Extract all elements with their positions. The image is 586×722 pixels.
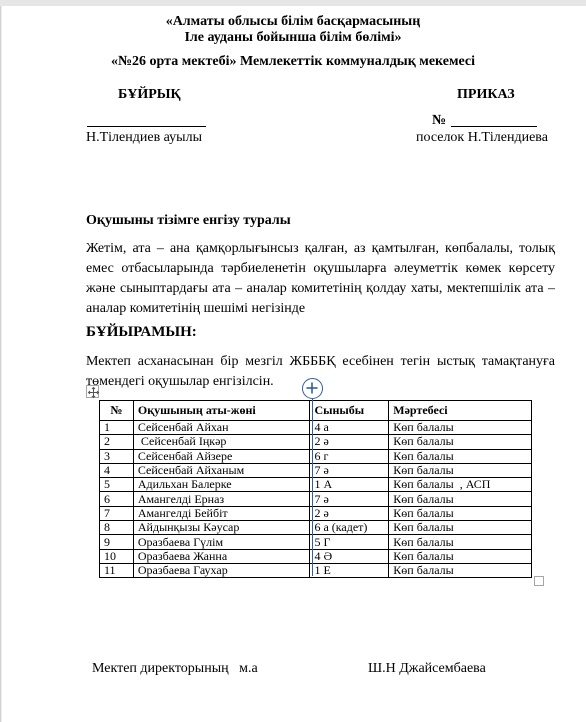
table-row: 7Амангелді Бейбіт2 әКөп балалы [100,506,532,520]
cell-status: Көп балалы [389,549,532,563]
table-row: 8Айдынқызы Кәусар6 а (кадет)Көп балалы [100,521,532,535]
cell-number: 9 [100,535,134,549]
cell-number: 11 [100,563,134,577]
place-ru: поселок Н.Тілендиева [416,130,548,146]
cell-status: Көп балалы [389,492,532,506]
cell-class: 6 а (кадет) [310,521,389,535]
cell-student-name: Сейсенбай Айханым [133,463,310,477]
cell-class: 4 Ә [310,549,389,563]
order-title-ru: ПРИКАЗ [457,87,515,103]
decree-heading: БҰЙЫРАМЫН: [86,324,197,341]
cell-number: 5 [100,478,134,492]
cell-class: 7 ә [310,492,389,506]
decree-line: Мектеп асханасынан бір мезгіл ЖБББҚ есеб… [86,352,555,372]
table-row: 1Сейсенбай Айхан4 аКөп балалы [100,421,532,435]
preamble-line: Жетім, ата – ана қамқорлығынсыз қалған, … [86,239,555,259]
cell-student-name: Сейсенбай Айзере [133,449,310,463]
cell-class: 1 Е [310,563,389,577]
cell-number: 6 [100,492,134,506]
cell-number: 10 [100,549,134,563]
table-row: 3Сейсенбай Айзере6 гКөп балалы [100,449,532,463]
table-row: 10Оразбаева Жанна4 ӘКөп балалы [100,549,532,563]
table-row: 6Амангелді Ерназ7 әКөп балалы [100,492,532,506]
cell-status: Көп балалы [389,449,532,463]
col-header-name: Оқушының аты-жөні [133,401,310,421]
cell-student-name: Оразбаева Гаухар [133,563,310,577]
cell-student-name: Айдынқызы Кәусар [133,521,310,535]
table-row: 11Оразбаева Гаухар1 ЕКөп балалы [100,563,532,577]
cell-class: 2 ә [310,435,389,449]
table-row: 4Сейсенбай Айханым7 әКөп балалы [100,463,532,477]
table-row: 5Адильхан Балерке1 АКөп балалы , АСП [100,478,532,492]
cell-status: Көп балалы [389,521,532,535]
col-header-number: № [100,401,134,421]
cell-class: 1 А [310,478,389,492]
column-insert-guide [312,399,313,576]
preamble-line: емес отбасыларында тәрбиеленетін оқушыла… [86,259,555,279]
date-blank-line [87,126,206,127]
cell-status: Көп балалы [389,506,532,520]
cell-status: Көп балалы , АСП [389,478,532,492]
cell-student-name: Амангелді Ерназ [133,492,310,506]
plus-circle-icon [303,379,321,397]
cell-student-name: Оразбаева Гүлім [133,535,310,549]
table-row: 9Оразбаева Гүлім5 ГКөп балалы [100,535,532,549]
order-number-blank [451,126,537,127]
header-line-3: «№26 орта мектебі» Мемлекеттік коммуналд… [0,54,586,70]
subject-heading: Оқушыны тізімге енгізу туралы [86,213,291,229]
header-line-2: Іле ауданы бойынша білім бөлімі» [0,30,586,46]
table-row: 2 Сейсенбай Іңкәр2 әКөп балалы [100,435,532,449]
order-number-label: № [432,113,446,129]
cell-status: Көп балалы [389,421,532,435]
cell-class: 2 ә [310,506,389,520]
cell-number: 3 [100,449,134,463]
page-left-edge [0,6,2,722]
signature-name: Ш.Н Джайсембаева [368,661,486,677]
preamble-paragraph: Жетім, ата – ана қамқорлығынсыз қалған, … [86,239,555,319]
cell-status: Көп балалы [389,535,532,549]
cell-number: 1 [100,421,134,435]
order-title-kz: БҰЙРЫҚ [118,87,181,103]
cell-status: Көп балалы [389,463,532,477]
preamble-line: аналар комитетінің шешімі негізінде [86,299,555,319]
signature-position: Мектеп директорының м.а [92,661,258,677]
cell-class: 7 ә [310,463,389,477]
table-header-row: № Оқушының аты-жөні Сыныбы Мәртебесі [100,401,532,421]
col-header-class: Сыныбы [310,401,389,421]
cell-student-name: Амангелді Бейбіт [133,506,310,520]
cell-number: 4 [100,463,134,477]
header-line-1: «Алматы облысы білім басқармасының [0,14,586,30]
cell-student-name: Адильхан Балерке [133,478,310,492]
cell-student-name: Сейсенбай Іңкәр [133,435,310,449]
col-header-status: Мәртебесі [389,401,532,421]
table-resize-handle[interactable] [534,576,544,586]
cell-student-name: Сейсенбай Айхан [133,421,310,435]
cell-number: 7 [100,506,134,520]
insert-column-button[interactable] [302,378,323,399]
cell-number: 8 [100,521,134,535]
cell-student-name: Оразбаева Жанна [133,549,310,563]
move-arrows-icon [87,386,100,399]
cell-class: 5 Г [310,535,389,549]
cell-class: 4 а [310,421,389,435]
preamble-line: және сыныптардағы ата – аналар комитетін… [86,279,555,299]
students-table: № Оқушының аты-жөні Сыныбы Мәртебесі 1Се… [99,400,532,578]
cell-status: Көп балалы [389,435,532,449]
cell-class: 6 г [310,449,389,463]
table-move-handle[interactable] [86,385,99,398]
cell-status: Көп балалы [389,563,532,577]
place-kz: Н.Тілендиев ауылы [86,130,202,146]
cell-number: 2 [100,435,134,449]
